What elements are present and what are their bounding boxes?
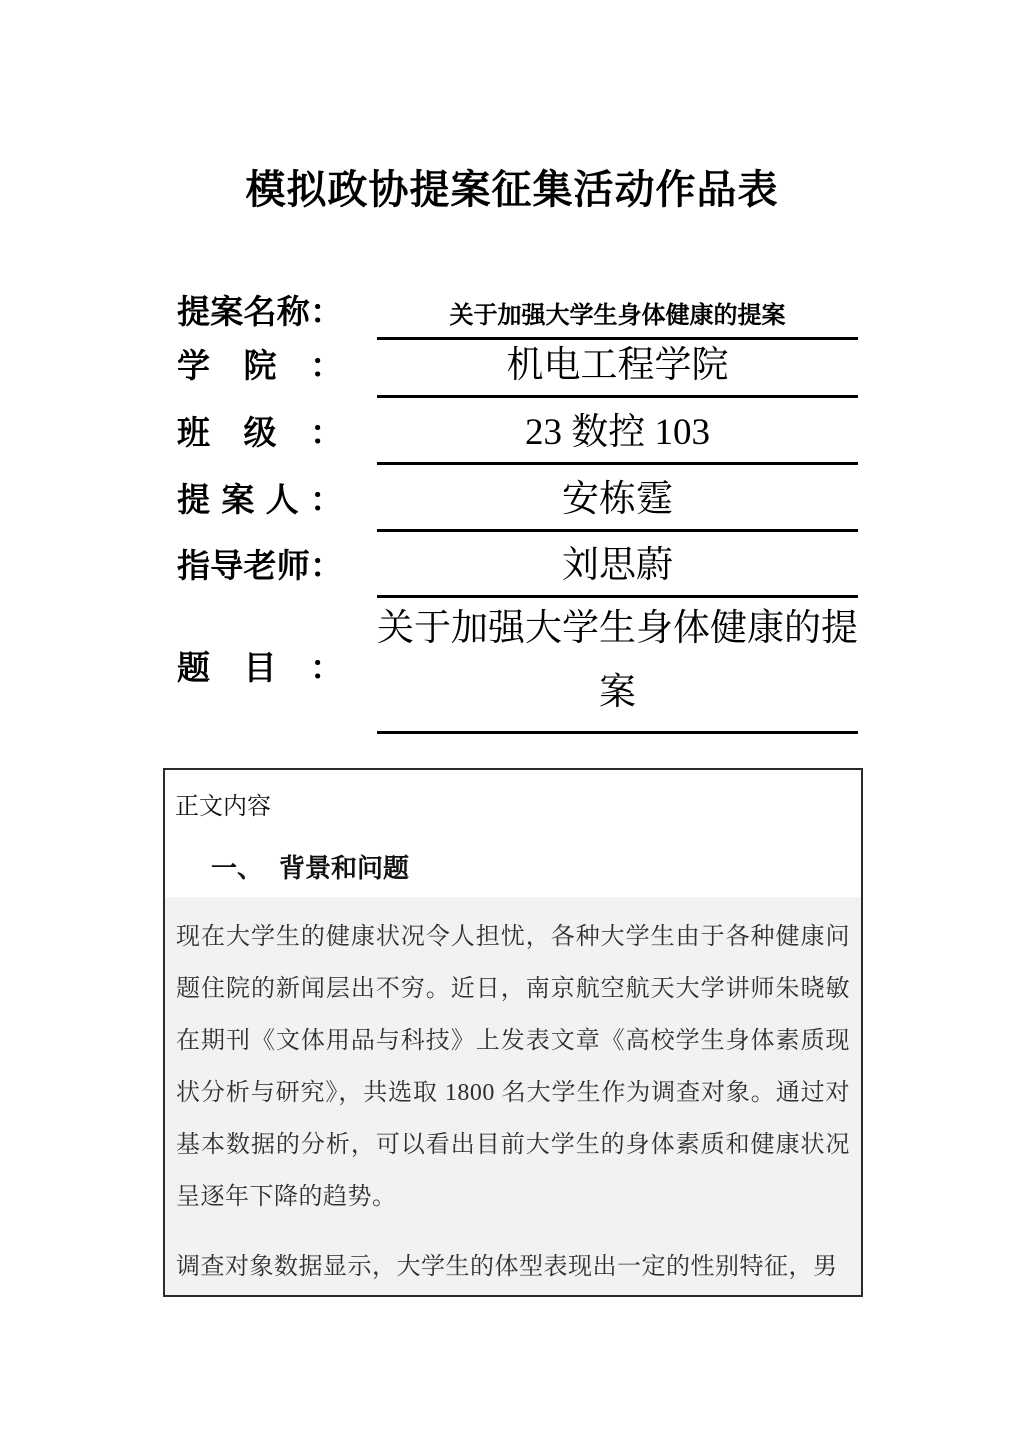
content-section-label: 正文内容 [175, 786, 861, 821]
proposal-name-value: 关于加强大学生身体健康的提案 [377, 299, 858, 340]
content-body-highlighted: 现在大学生的健康状况令人担忧，各种大学生由于各种健康问题住院的新闻层出不穷。近日… [165, 897, 861, 1295]
topic-value: 关于加强大学生身体健康的提案 [377, 597, 858, 734]
body-paragraph: 调查对象数据显示，大学生的体型表现出一定的性别特征，男 [176, 1241, 850, 1293]
topic-label: 题目： [177, 642, 343, 689]
form-row-topic: 题目： 关于加强大学生身体健康的提案 [177, 597, 858, 734]
proposal-name-label: 提案名称： [177, 286, 343, 333]
advisor-label: 指导老师： [177, 540, 343, 587]
class-label: 班级： [177, 407, 343, 454]
proposer-label: 提案人： [177, 474, 343, 521]
document-title: 模拟政协提案征集活动作品表 [0, 158, 1024, 215]
section-heading-numeral: 一、 [211, 848, 263, 885]
form-row-proposal-name: 提案名称： 关于加强大学生身体健康的提案 [177, 286, 858, 340]
body-paragraph: 现在大学生的健康状况令人担忧，各种大学生由于各种健康问题住院的新闻层出不穷。近日… [176, 911, 850, 1223]
main-content-box: 正文内容 一、 背景和问题 现在大学生的健康状况令人担忧，各种大学生由于各种健康… [163, 768, 863, 1297]
document-page: 模拟政协提案征集活动作品表 提案名称： 关于加强大学生身体健康的提案 学院： 机… [0, 0, 1024, 1448]
college-label: 学院： [177, 340, 343, 387]
proposer-value: 安栋霆 [377, 476, 858, 532]
section-heading-text: 背景和问题 [279, 848, 409, 885]
form-row-college: 学院： 机电工程学院 [177, 340, 858, 398]
section-heading: 一、 背景和问题 [211, 848, 861, 885]
advisor-value: 刘思蔚 [377, 542, 858, 598]
college-value: 机电工程学院 [377, 342, 858, 398]
class-value: 23 数控 103 [377, 409, 858, 465]
form-row-proposer: 提案人： 安栋霆 [177, 474, 858, 532]
form-row-class: 班级： 23 数控 103 [177, 407, 858, 465]
form-row-advisor: 指导老师： 刘思蔚 [177, 540, 858, 598]
